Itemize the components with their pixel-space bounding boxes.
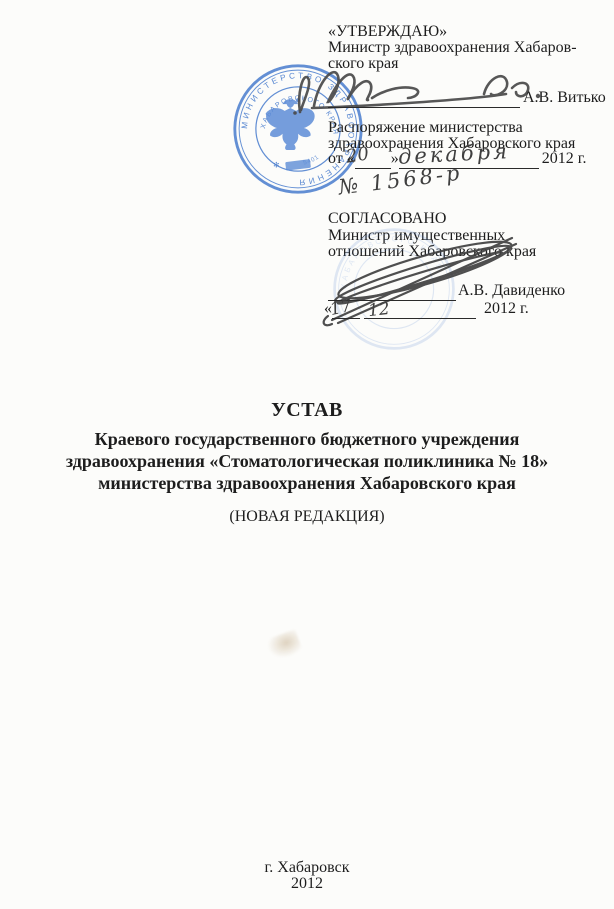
scanned-document-page: «УТВЕРЖДАЮ» Министр здравоохранения Хаба… bbox=[0, 0, 614, 909]
signature-line bbox=[328, 90, 520, 108]
title-subtitle: (НОВАЯ РЕДАКЦИЯ) bbox=[0, 508, 614, 526]
title-line3: министерства здравоохранения Хабаровског… bbox=[0, 473, 614, 494]
stamp-star-separator: ✻ bbox=[273, 160, 279, 169]
title-line1: Краевого государственного бюджетного учр… bbox=[0, 429, 614, 450]
agree-date-row: « 2012 г. bbox=[324, 301, 529, 319]
agree-date-year: 2012 г. bbox=[484, 301, 529, 317]
scan-smudge-artifact bbox=[265, 629, 303, 662]
approve-heading: «УТВЕРЖДАЮ» bbox=[328, 24, 447, 40]
document-title: УСТАВ bbox=[0, 399, 614, 422]
handwritten-agree-month: 12 bbox=[367, 299, 391, 321]
approve-role-line1: Министр здравоохранения Хабаров- bbox=[328, 40, 577, 56]
approve-signature-row: А.В. Витько bbox=[328, 90, 606, 108]
title-line2: здравоохранения «Стоматологическая полик… bbox=[0, 451, 614, 472]
stamp-bottom-rect bbox=[285, 159, 311, 171]
approve-signatory-name: А.В. Витько bbox=[523, 90, 606, 106]
agree-signature-row: А.В. Давиденко bbox=[328, 283, 565, 301]
order-line1: Распоряжение министерства bbox=[328, 120, 523, 136]
order-date-year: 2012 г. bbox=[542, 151, 587, 167]
signature-vitko bbox=[288, 56, 558, 118]
agree-signatory-name: А.В. Давиденко bbox=[458, 283, 565, 299]
handwritten-order-day: 20 bbox=[344, 143, 370, 167]
footer-year: 2012 bbox=[0, 875, 614, 893]
